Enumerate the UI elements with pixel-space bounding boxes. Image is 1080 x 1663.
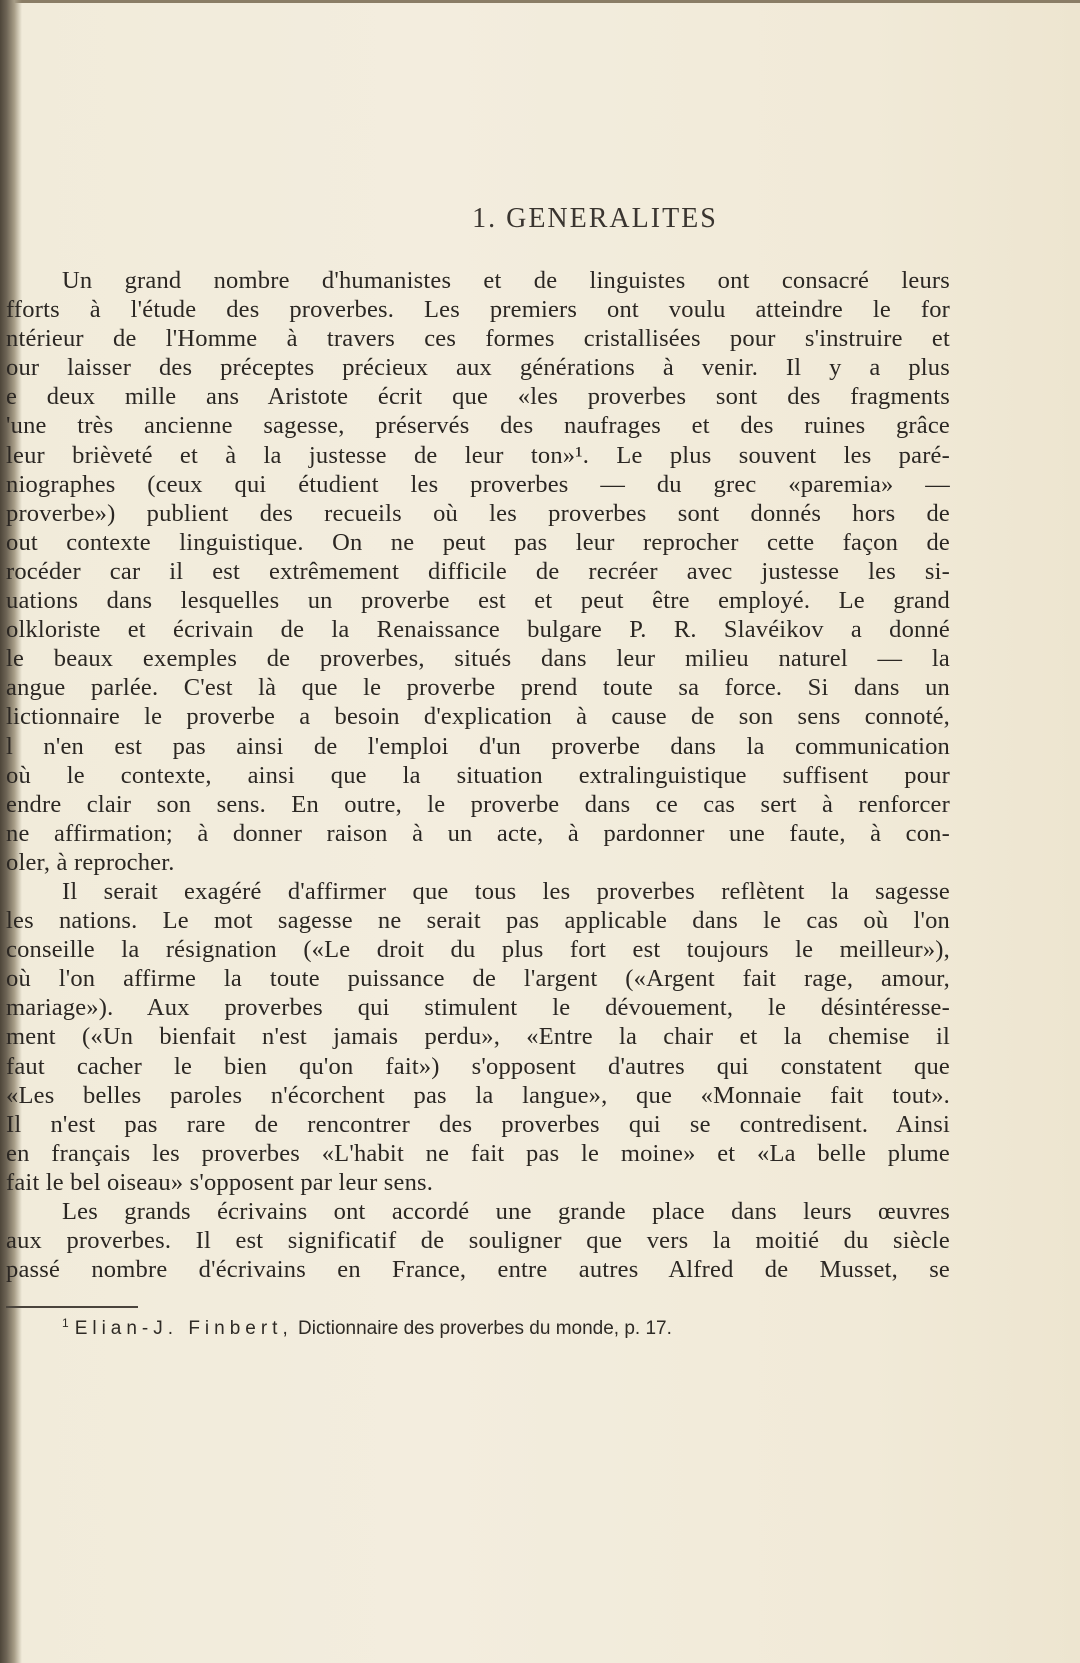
text-line: our laisser des préceptes précieux aux g… (6, 353, 950, 382)
text-line: où l'on affirme la toute puissance de l'… (6, 964, 950, 993)
text-line: ne affirmation; à donner raison à un act… (6, 819, 950, 848)
text-line: fait le bel oiseau» s'opposent par leur … (6, 1168, 950, 1197)
text-line: le beaux exemples de proverbes, situés d… (6, 644, 950, 673)
text-line: passé nombre d'écrivains en France, entr… (6, 1255, 950, 1284)
text-line: Un grand nombre d'humanistes et de lingu… (6, 266, 950, 295)
text-line: «Les belles paroles n'écorchent pas la l… (6, 1081, 950, 1110)
body-text: Un grand nombre d'humanistes et de lingu… (6, 266, 950, 1284)
footnote: 1Elian-J. Finbert, Dictionnaire des prov… (62, 1316, 672, 1340)
section-heading: 1. GENERALITES (0, 203, 1080, 235)
footnote-marker: 1 (62, 1316, 69, 1330)
text-line: l n'en est pas ainsi de l'emploi d'un pr… (6, 732, 950, 761)
text-line: 'une très ancienne sagesse, préservés de… (6, 411, 950, 440)
text-line: faut cacher le bien qu'on fait») s'oppos… (6, 1052, 950, 1081)
text-line: rocéder car il est extrêmement difficile… (6, 557, 950, 586)
text-line: aux proverbes. Il est significatif de so… (6, 1226, 950, 1255)
text-line: Il serait exagéré d'affirmer que tous le… (6, 877, 950, 906)
text-line: niographes (ceux qui étudient les prover… (6, 470, 950, 499)
text-line: olkloriste et écrivain de la Renaissance… (6, 615, 950, 644)
text-line: en français les proverbes «L'habit ne fa… (6, 1139, 950, 1168)
text-line: Les grands écrivains ont accordé une gra… (6, 1197, 950, 1226)
text-line: out contexte linguistique. On ne peut pa… (6, 528, 950, 557)
text-line: e deux mille ans Aristote écrit que «les… (6, 382, 950, 411)
text-line: fforts à l'étude des proverbes. Les prem… (6, 295, 950, 324)
page-top-edge (0, 0, 1080, 3)
book-page: 1. GENERALITES Un grand nombre d'humanis… (0, 0, 1080, 1663)
text-line: leur brièveté et à la justesse de leur t… (6, 441, 950, 470)
text-line: uations dans lesquelles un proverbe est … (6, 586, 950, 615)
text-line: endre clair son sens. En outre, le prove… (6, 790, 950, 819)
text-line: conseille la résignation («Le droit du p… (6, 935, 950, 964)
text-line: oler, à reprocher. (6, 848, 950, 877)
text-line: proverbe») publient des recueils où les … (6, 499, 950, 528)
footnote-rule (6, 1306, 138, 1308)
text-line: où le contexte, ainsi que la situation e… (6, 761, 950, 790)
text-line: Il n'est pas rare de rencontrer des prov… (6, 1110, 950, 1139)
footnote-text: Dictionnaire des proverbes du monde, p. … (298, 1318, 672, 1339)
text-line: angue parlée. C'est là que le proverbe p… (6, 673, 950, 702)
text-line: mariage»). Aux proverbes qui stimulent l… (6, 993, 950, 1022)
text-line: les nations. Le mot sagesse ne serait pa… (6, 906, 950, 935)
text-line: ment («Un bienfait n'est jamais perdu», … (6, 1022, 950, 1051)
text-line: ntérieur de l'Homme à travers ces formes… (6, 324, 950, 353)
footnote-author: Elian-J. Finbert, (75, 1318, 293, 1339)
text-line: lictionnaire le proverbe a besoin d'expl… (6, 702, 950, 731)
